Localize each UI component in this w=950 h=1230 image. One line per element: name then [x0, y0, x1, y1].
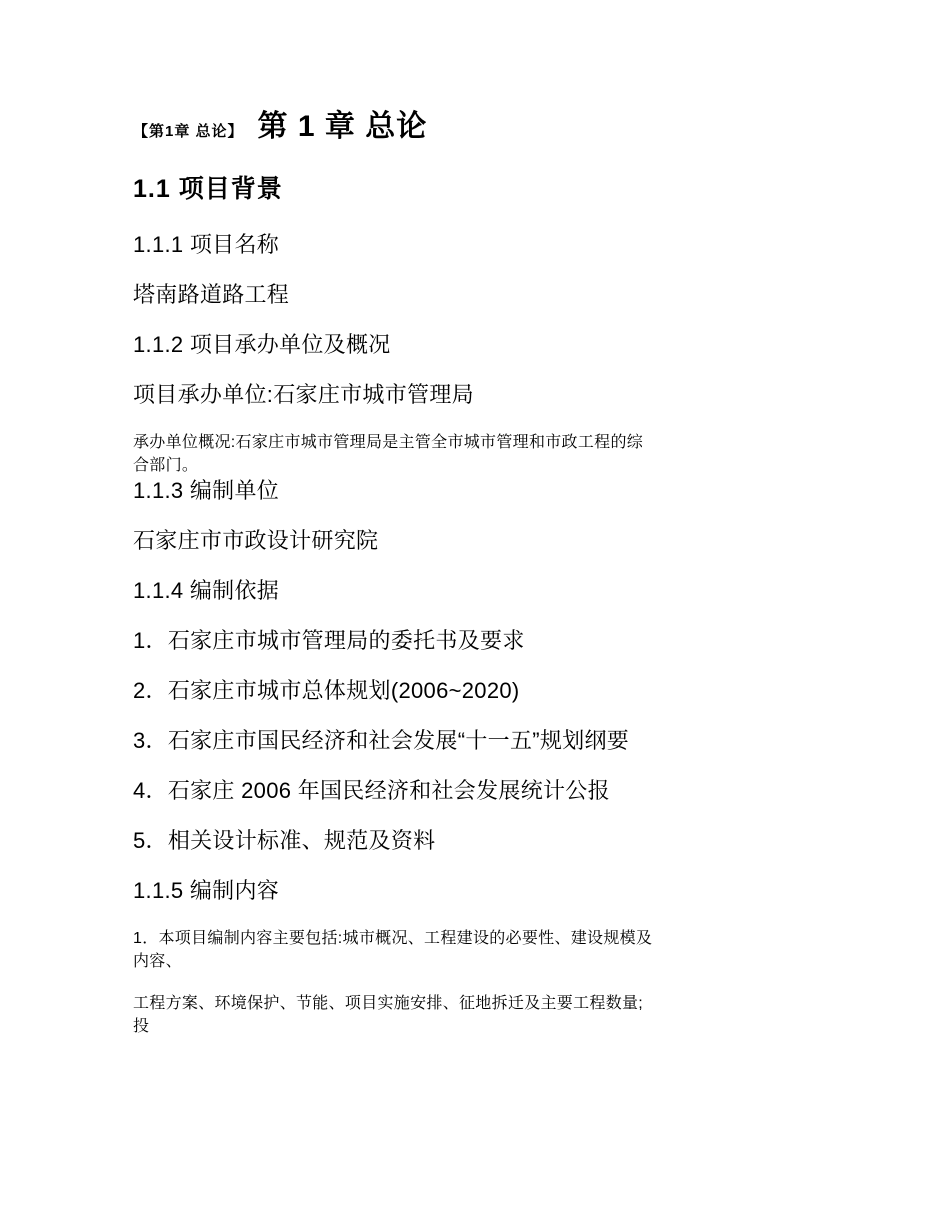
- chapter-heading: 【第1章 总论】 第 1 章 总论: [133, 106, 840, 153]
- list-item-4: 4．石家庄 2006 年国民经济和社会发展统计公报: [133, 775, 840, 806]
- list-item-5: 5．相关设计标准、规范及资料: [133, 825, 840, 856]
- subsection-heading-1-1-4: 1.1.4 编制依据: [133, 575, 840, 606]
- list-item-3: 3．石家庄市国民经济和社会发展“十一五”规划纲要: [133, 725, 840, 756]
- paragraph-line: 1.1.2 项目承办单位及概况: [133, 332, 391, 357]
- paragraph-line: 2．石家庄市城市总体规划(2006~2020): [133, 678, 520, 703]
- paragraph-line: 1.1.1 项目名称: [133, 232, 279, 257]
- paragraph-line: 塔南路道路工程: [133, 282, 289, 307]
- paragraph-undertaker: 项目承办单位:石家庄市城市管理局: [133, 379, 840, 410]
- subsection-heading-1-1-2: 1.1.2 项目承办单位及概况: [133, 329, 840, 360]
- paragraph-line: 合部门。: [133, 452, 840, 475]
- document-page: 【第1章 总论】 第 1 章 总论 1.1 项目背景 1.1.1 项目名称 塔南…: [0, 0, 950, 1230]
- paragraph-project-name: 塔南路道路工程: [133, 279, 840, 310]
- paragraph-line: 1.1.3 编制单位: [133, 478, 279, 503]
- chapter-title: 第 1 章 总论: [258, 106, 428, 148]
- paragraph-line: 承办单位概况:石家庄市城市管理局是主管全市城市管理和市政工程的综: [133, 429, 840, 452]
- chapter-tag: 【第1章 总论】: [133, 111, 244, 153]
- paragraph-line: 石家庄市市政设计研究院: [133, 528, 378, 553]
- paragraph-line: 项目承办单位:石家庄市城市管理局: [133, 382, 474, 407]
- paragraph-line: 1．本项目编制内容主要包括:城市概况、工程建设的必要性、建设规模及: [133, 925, 840, 948]
- paragraph-line: 1.1.4 编制依据: [133, 578, 279, 603]
- subsection-heading-1-1-5: 1.1.5 编制内容: [133, 875, 840, 906]
- subsection-heading-1-1-1: 1.1.1 项目名称: [133, 229, 840, 260]
- paragraph-line: 3．石家庄市国民经济和社会发展“十一五”规划纲要: [133, 728, 629, 753]
- paragraph-line: 工程方案、环境保护、节能、项目实施安排、征地拆迁及主要工程数量;: [133, 990, 840, 1013]
- list-item-2: 2．石家庄市城市总体规划(2006~2020): [133, 675, 840, 706]
- paragraph-line: 内容、: [133, 948, 840, 971]
- paragraph-line: 4．石家庄 2006 年国民经济和社会发展统计公报: [133, 778, 610, 803]
- section-heading: 1.1 项目背景: [133, 171, 840, 207]
- paragraph-line: 1．石家庄市城市管理局的委托书及要求: [133, 628, 525, 653]
- paragraph-line: 投: [133, 1013, 840, 1036]
- list-item-1: 1．石家庄市城市管理局的委托书及要求: [133, 625, 840, 656]
- paragraph-preparation-unit: 石家庄市市政设计研究院: [133, 525, 840, 556]
- paragraph-line: 1.1.5 编制内容: [133, 878, 279, 903]
- subsection-heading-1-1-3: 1.1.3 编制单位: [133, 475, 840, 506]
- paragraph-line: 5．相关设计标准、规范及资料: [133, 828, 435, 853]
